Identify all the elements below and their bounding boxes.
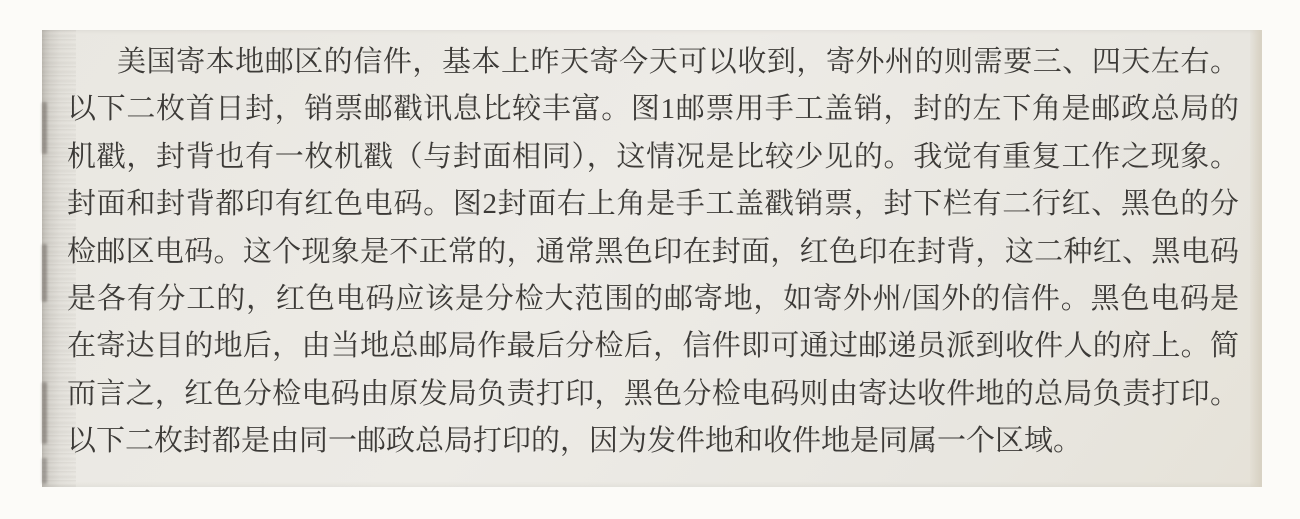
text-line: 封面和封背都印有红色电码。图2封面右上角是手工盖戳销票，封下栏有二行红、黑色的分: [67, 181, 1239, 228]
page-edge-mark: [42, 244, 47, 302]
page-right-edge: [1250, 30, 1262, 487]
text-line: 以下二枚封都是由同一邮政总局打印的，因为发件地和收件地是同属一个区域。: [67, 418, 1239, 465]
text-paragraph: 美国寄本地邮区的信件，基本上昨天寄今天可以收到，寄外州的则需要三、四天左右。 以…: [67, 39, 1239, 466]
page-edge-mark: [42, 458, 47, 484]
text-line: 而言之，红色分检电码由原发局负责打印，黑色分检电码则由寄达收件地的总局负责打印。: [67, 371, 1239, 418]
page-edge-mark: [42, 382, 47, 444]
text-line: 以下二枚首日封，销票邮戳讯息比较丰富。图1邮票用手工盖销，封的左下角是邮政总局的: [67, 86, 1239, 133]
text-line: 是各有分工的，红色电码应该是分检大范围的邮寄地，如寄外州/国外的信件。黑色电码是: [67, 276, 1239, 323]
paper-page: 美国寄本地邮区的信件，基本上昨天寄今天可以收到，寄外州的则需要三、四天左右。 以…: [42, 30, 1262, 487]
text-line: 机戳，封背也有一枚机戳（与封面相同），这情况是比较少见的。我觉有重复工作之现象。: [67, 134, 1239, 181]
text-line: 在寄达目的地后，由当地总邮局作最后分检后，信件即可通过邮递员派到收件人的府上。简: [67, 323, 1239, 370]
text-line: 检邮区电码。这个现象是不正常的，通常黑色印在封面，红色印在封背，这二种红、黑电码: [67, 229, 1239, 276]
document-photo: 美国寄本地邮区的信件，基本上昨天寄今天可以收到，寄外州的则需要三、四天左右。 以…: [0, 0, 1300, 519]
page-edge-mark: [42, 102, 47, 154]
text-line: 美国寄本地邮区的信件，基本上昨天寄今天可以收到，寄外州的则需要三、四天左右。: [67, 39, 1239, 86]
